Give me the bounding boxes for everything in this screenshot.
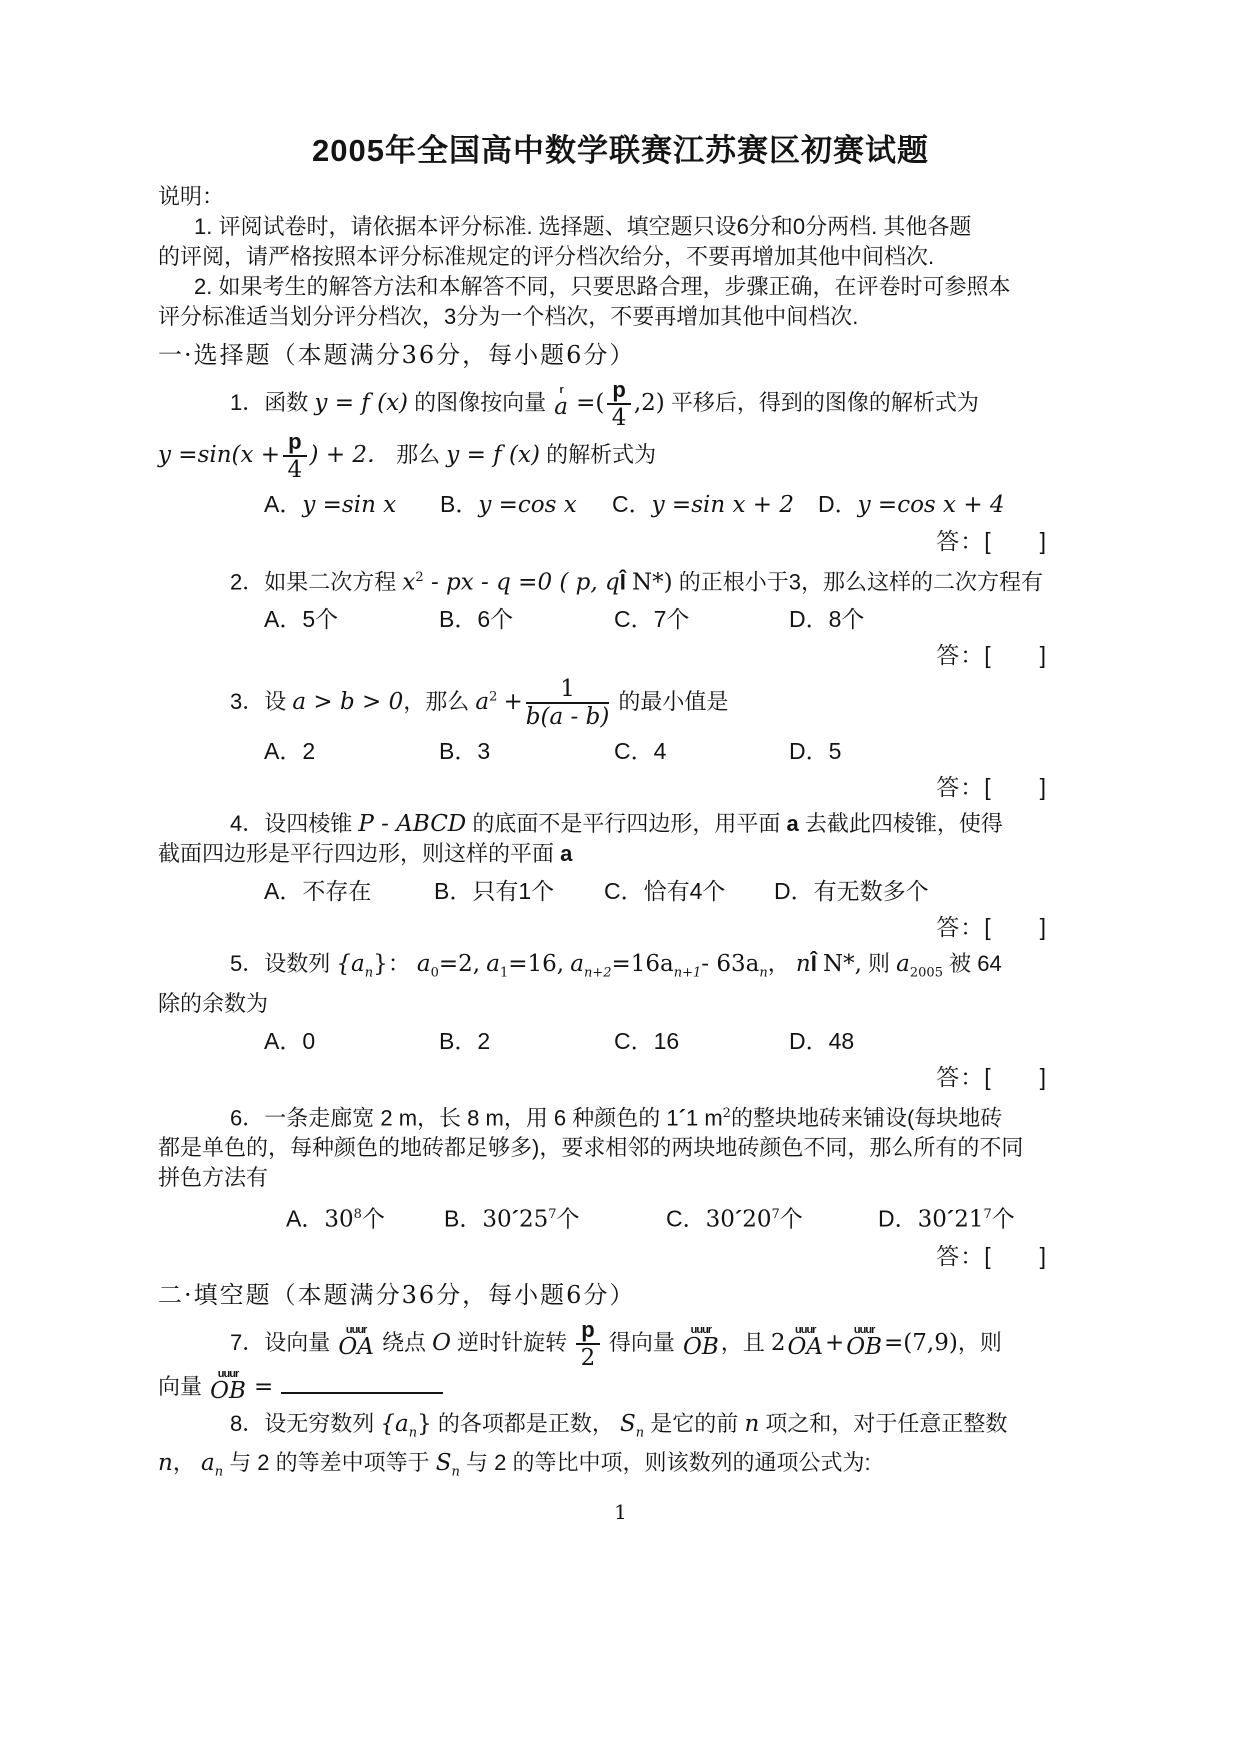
page-number: 1	[158, 1497, 1083, 1527]
fraction-denominator: b(a - b)	[526, 704, 610, 729]
question-text: ，则	[958, 1330, 1002, 1355]
option-b: B．30´257个	[444, 1197, 666, 1238]
question-text: 向量	[158, 1374, 202, 1399]
exam-content: 2005年全国高中数学联赛江苏赛区初赛试题 说明： 1. 评阅试卷时，请依据本评…	[0, 0, 1241, 1527]
question-2-options: A．5个 B．6个 C．7个 D．8个	[264, 601, 1083, 637]
question-number: 5．	[230, 951, 264, 976]
alpha-symbol: a	[560, 841, 572, 866]
formula: a > b > 0	[292, 689, 403, 715]
question-text: 的图像按向量	[414, 390, 546, 415]
question-1-line-2: y =sin(x +p4) + 2． 那么 y = f (x) 的解析式为	[158, 430, 1083, 482]
question-text: 截面四边形是平行四边形，则这样的平面	[158, 841, 554, 866]
answer-slot-2: 答：[ ]	[158, 639, 1083, 671]
question-number: 4．	[230, 811, 264, 836]
question-number: 6．	[230, 1105, 264, 1130]
question-text: 设四棱锥	[264, 811, 352, 836]
option-d: D．30´217个	[878, 1197, 1015, 1238]
option-d: D．48	[789, 1023, 854, 1059]
option-d: D．8个	[789, 601, 864, 637]
fraction: p4	[607, 378, 630, 430]
option-b: B．3	[439, 733, 614, 769]
formula: y = f (x)	[314, 390, 408, 416]
question-text: 的正根小于3，那么这样的二次方程有	[679, 569, 1043, 594]
vector-a: ra	[554, 386, 568, 419]
fraction-numerator: 1	[526, 677, 610, 704]
question-1-line-1: 1．函数 y = f (x) 的图像按向量 ra =(p4,2) 平移后，得到的…	[158, 378, 1083, 430]
question-text: ，	[173, 1450, 195, 1475]
option-c: C．恰有4个	[604, 873, 774, 909]
question-text: 的最小值是	[618, 689, 728, 714]
superscript: 2	[415, 570, 423, 585]
question-text: 如果二次方程	[264, 569, 396, 594]
question-2-line-1: 2．如果二次方程 x2 - px - q =0 ( p, qÎ N*) 的正根小…	[158, 563, 1083, 597]
superscript: 2	[489, 690, 497, 705]
option-b: B．2	[439, 1023, 614, 1059]
question-5-line-1: 5．设数列 {an}： a0=2, a1=16, an+2=16an+1- 63…	[158, 949, 1083, 988]
question-text: 绕点	[382, 1330, 426, 1355]
answer-blank	[281, 1370, 443, 1394]
vector-oa: uuurOA	[788, 1326, 823, 1359]
question-text: 平移后，得到的图像的解析式为	[671, 390, 979, 415]
question-text: ，那么	[403, 689, 469, 714]
question-text: 与 2 的等比中项，则该数列的通项公式为:	[466, 1450, 871, 1475]
option-b: B．只有1个	[434, 873, 604, 909]
alpha-symbol: a	[787, 811, 799, 836]
question-7-line-1: 7．设向量 uuurOA 绕点 O 逆时针旋转 p2 得向量 uuurOB，且 …	[158, 1318, 1083, 1370]
answer-slot-1: 答：[ ]	[158, 525, 1083, 557]
vector-ob: uuurOB	[683, 1326, 719, 1359]
question-text: 被 64	[949, 951, 1002, 976]
fraction-numerator: p	[607, 378, 630, 405]
formula: =(7,9)	[884, 1330, 958, 1356]
question-number: 1．	[230, 390, 264, 415]
answer-slot-6: 答：[ ]	[158, 1240, 1083, 1272]
question-text: 的各项都是正数，	[438, 1411, 614, 1436]
vector-ob: uuurOB	[846, 1326, 882, 1359]
answer-slot-3: 答：[ ]	[158, 771, 1083, 803]
question-4-line-2: 截面四边形是平行四边形，则这样的平面 a	[158, 839, 1083, 869]
question-text: 的解析式为	[546, 442, 656, 467]
note-line-1: 1. 评阅试卷时，请依据本评分标准. 选择题、填空题只设6分和0分两档. 其他各…	[158, 212, 1083, 242]
question-text: 函数	[264, 390, 308, 415]
option-d: D．有无数多个	[774, 873, 929, 909]
fraction: 1b(a - b)	[526, 677, 610, 729]
question-text: 是它的前	[650, 1411, 738, 1436]
formula: P - ABCD	[358, 811, 466, 837]
question-8-line-2: n， an 与 2 的等差中项等于 Sn 与 2 的等比中项，则该数列的通项公式…	[158, 1448, 1083, 1487]
question-7-line-2: 向量 uuurOB =	[158, 1370, 1083, 1403]
formula: y =sin(x +	[158, 442, 280, 468]
question-text: 设向量	[264, 1330, 330, 1355]
question-6-line-2: 都是单色的，每种颜色的地砖都足够多)，要求相邻的两块地砖颜色不同，那么所有的不同	[158, 1133, 1083, 1163]
question-6-options: A．308个 B．30´257个 C．30´207个 D．30´217个	[286, 1197, 1083, 1238]
vector-oa: uuurOA	[338, 1326, 373, 1359]
question-6-line-1: 6．一条走廊宽 2 m，长 8 m，用 6 种颜色的 1´1 m2的整块地砖来铺…	[158, 1099, 1083, 1133]
question-number: 7．	[230, 1330, 264, 1355]
superscript: 2	[723, 1106, 731, 1121]
exam-page: 2005年全国高中数学联赛江苏赛区初赛试题 说明： 1. 评阅试卷时，请依据本评…	[0, 0, 1241, 1754]
formula: - px - q =0 ( p, q	[424, 569, 620, 595]
option-a: A．0	[264, 1023, 439, 1059]
element-of-symbol: Î	[620, 569, 626, 594]
formula: O	[432, 1330, 451, 1356]
option-a: A．5个	[264, 601, 439, 637]
option-c: C．4	[614, 733, 789, 769]
fraction-denominator: 4	[283, 457, 306, 482]
question-6-line-3: 拼色方法有	[158, 1163, 1083, 1193]
equals-sign: =	[254, 1374, 273, 1400]
plus-sign: +	[504, 689, 523, 715]
question-text: 设	[264, 689, 286, 714]
option-a: A．不存在	[264, 873, 434, 909]
page-title: 2005年全国高中数学联赛江苏赛区初赛试题	[158, 136, 1083, 166]
element-of-symbol: Î	[811, 951, 817, 976]
question-text: 与 2 的等差中项等于	[229, 1450, 429, 1475]
question-text: 设数列	[264, 951, 330, 976]
times-symbol: ´	[679, 1105, 686, 1130]
option-d: D．5	[789, 733, 841, 769]
section-choice-heading: 一·选择题（本题满分36分，每小题6分）	[158, 338, 1083, 372]
question-number: 3．	[230, 689, 264, 714]
question-text: 逆时针旋转	[457, 1330, 567, 1355]
section-fill-heading: 二·填空题（本题满分36分，每小题6分）	[158, 1278, 1083, 1312]
note-line-3: 2. 如果考生的解答方法和本解答不同，只要思路合理，步骤正确，在评卷时可参照本	[158, 272, 1083, 302]
option-b: B．6个	[439, 601, 614, 637]
question-text: 的整块地砖来铺设(每块地砖	[731, 1105, 1002, 1130]
option-a: A．2	[264, 733, 439, 769]
note-line-2: 的评阅，请严格按照本评分标准规定的评分档次给分，不要再增加其他中间档次.	[158, 242, 1083, 272]
fraction: p4	[283, 430, 306, 482]
note-line-4: 评分标准适当划分评分档次，3分为一个档次，不要再增加其他中间档次.	[158, 302, 1083, 332]
question-text: 得向量	[609, 1330, 675, 1355]
fraction-denominator: 2	[576, 1345, 599, 1370]
option-c: C．y =sin x + 2	[612, 486, 818, 523]
formula: x	[402, 569, 415, 595]
coefficient: 2	[771, 1330, 786, 1356]
answer-slot-5: 答：[ ]	[158, 1061, 1083, 1093]
option-b: B．y =cos x	[440, 486, 612, 523]
question-text: 则	[868, 951, 890, 976]
question-text: ，且	[721, 1330, 765, 1355]
plus-sign: +	[825, 1330, 844, 1356]
option-a: A．308个	[286, 1197, 444, 1238]
question-text: 一条走廊宽 2 m，长 8 m，用 6 种颜色的 1	[264, 1105, 678, 1130]
fraction-numerator: p	[576, 1318, 599, 1345]
question-4-line-1: 4．设四棱锥 P - ABCD 的底面不是平行四边形，用平面 a 去截此四棱锥，…	[158, 809, 1083, 839]
fraction-denominator: 4	[607, 405, 630, 430]
notes-label: 说明：	[158, 182, 1083, 212]
question-8-line-1: 8．设无穷数列 {an} 的各项都是正数， Sn 是它的前 n 项之和，对于任意…	[158, 1409, 1083, 1448]
question-number: 8．	[230, 1411, 264, 1436]
question-text: 的底面不是平行四边形，用平面	[472, 811, 780, 836]
question-text: 设无穷数列	[264, 1411, 374, 1436]
times-symbol: ´	[512, 1207, 519, 1232]
formula: ) + 2．	[310, 442, 391, 468]
formula: ,2)	[634, 390, 665, 416]
formula: a	[475, 689, 489, 715]
option-c: C．16	[614, 1023, 789, 1059]
option-d: D．y =cos x + 4	[818, 486, 1005, 523]
fraction-numerator: p	[283, 430, 306, 457]
formula: y = f (x)	[446, 442, 540, 468]
option-c: C．7个	[614, 601, 789, 637]
option-c: C．30´207个	[666, 1197, 878, 1238]
question-3-line-1: 3．设 a > b > 0，那么 a2 +1b(a - b) 的最小值是	[158, 677, 1083, 729]
question-1-options: A．y =sin x B．y =cos x C．y =sin x + 2 D．y…	[264, 486, 1083, 523]
question-text: 那么	[396, 442, 440, 467]
question-text: 去截此四棱锥，使得	[805, 811, 1003, 836]
question-number: 2．	[230, 569, 264, 594]
question-5-line-2: 除的余数为	[158, 989, 1083, 1019]
question-text: 1 m	[686, 1105, 723, 1130]
option-a: A．y =sin x	[264, 486, 440, 523]
vector-ob: uuurOB	[210, 1370, 246, 1403]
question-5-options: A．0 B．2 C．16 D．48	[264, 1023, 1083, 1059]
question-4-options: A．不存在 B．只有1个 C．恰有4个 D．有无数多个	[264, 873, 1083, 909]
answer-slot-4: 答：[ ]	[158, 911, 1083, 943]
question-3-options: A．2 B．3 C．4 D．5	[264, 733, 1083, 769]
fraction: p2	[576, 1318, 599, 1370]
formula: N*)	[632, 569, 673, 595]
question-text: 项之和，对于任意正整数	[765, 1411, 1007, 1436]
formula: =(	[576, 390, 604, 416]
